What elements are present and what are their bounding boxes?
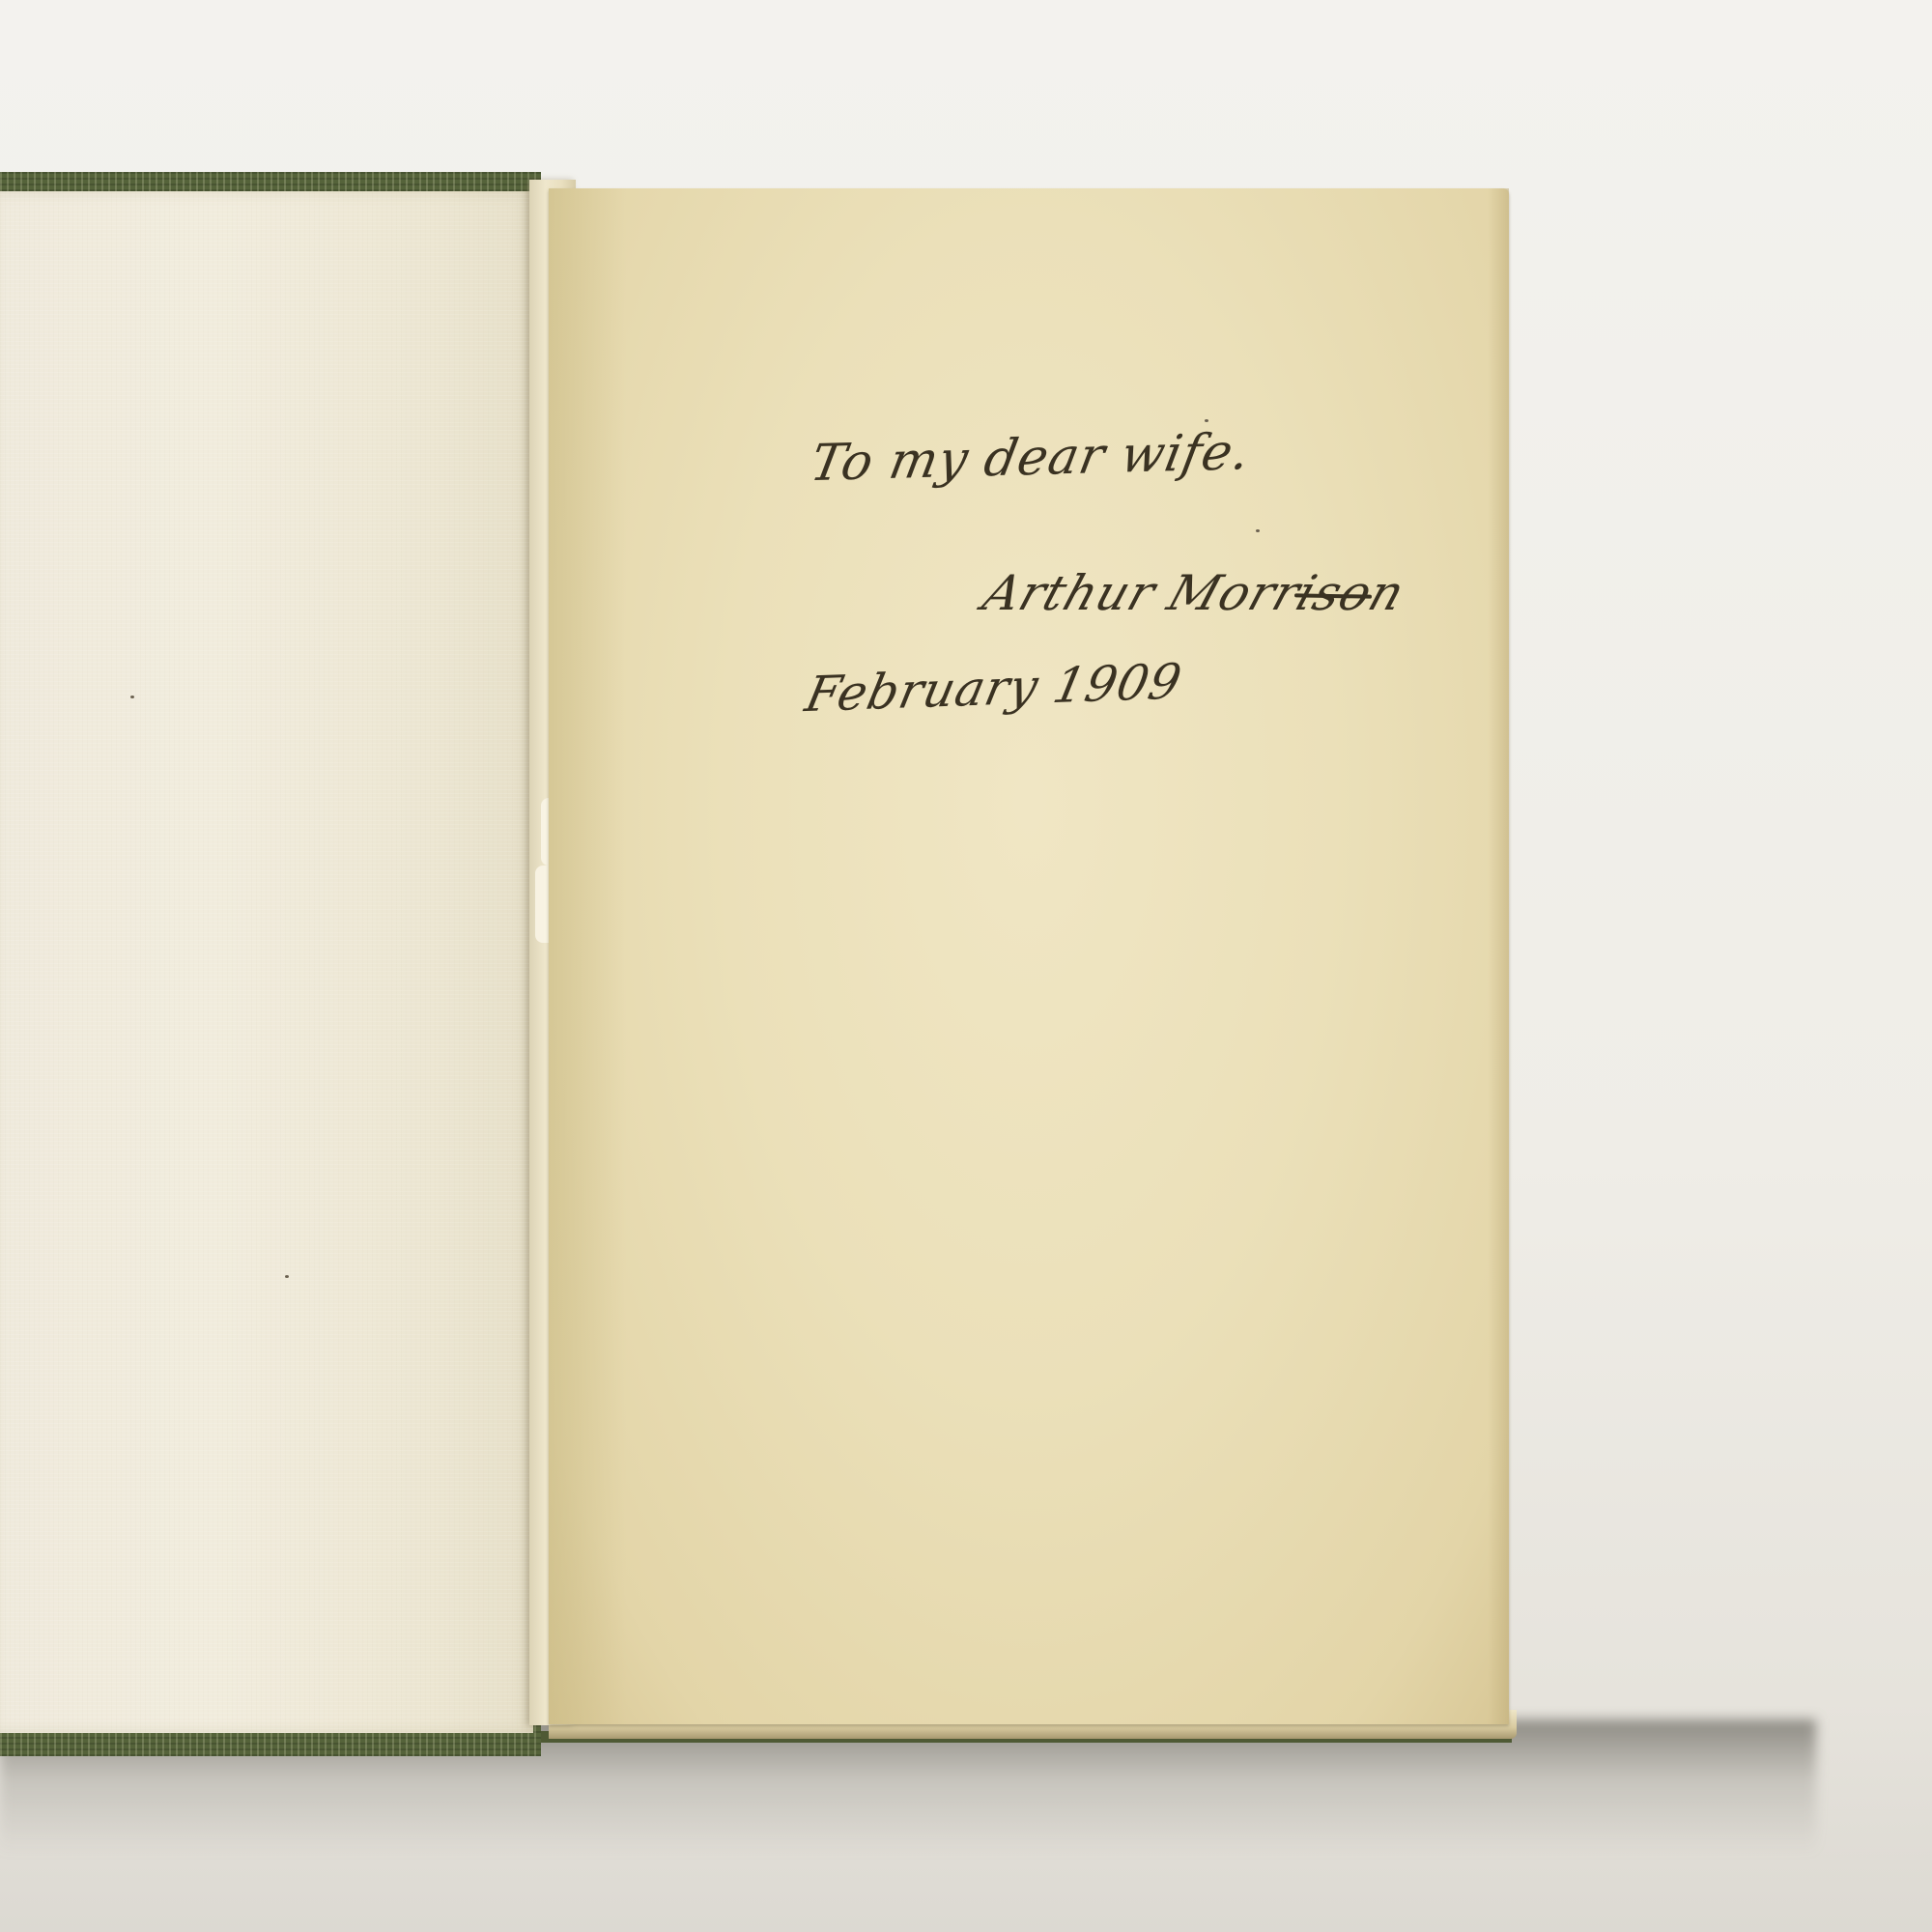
handwritten-signature: Arthur Morrison [977,565,1412,621]
front-pastedown-endpaper [0,191,533,1733]
gutter-shadow [549,188,626,1724]
free-endpaper [549,188,1509,1724]
handwritten-dedication: To my dear wife. [806,423,1255,493]
page-fore-edge [1488,188,1509,1724]
photo-scene: To my dear wife. Arthur Morrison Februar… [0,0,1932,1932]
paper-texture [0,191,533,1733]
